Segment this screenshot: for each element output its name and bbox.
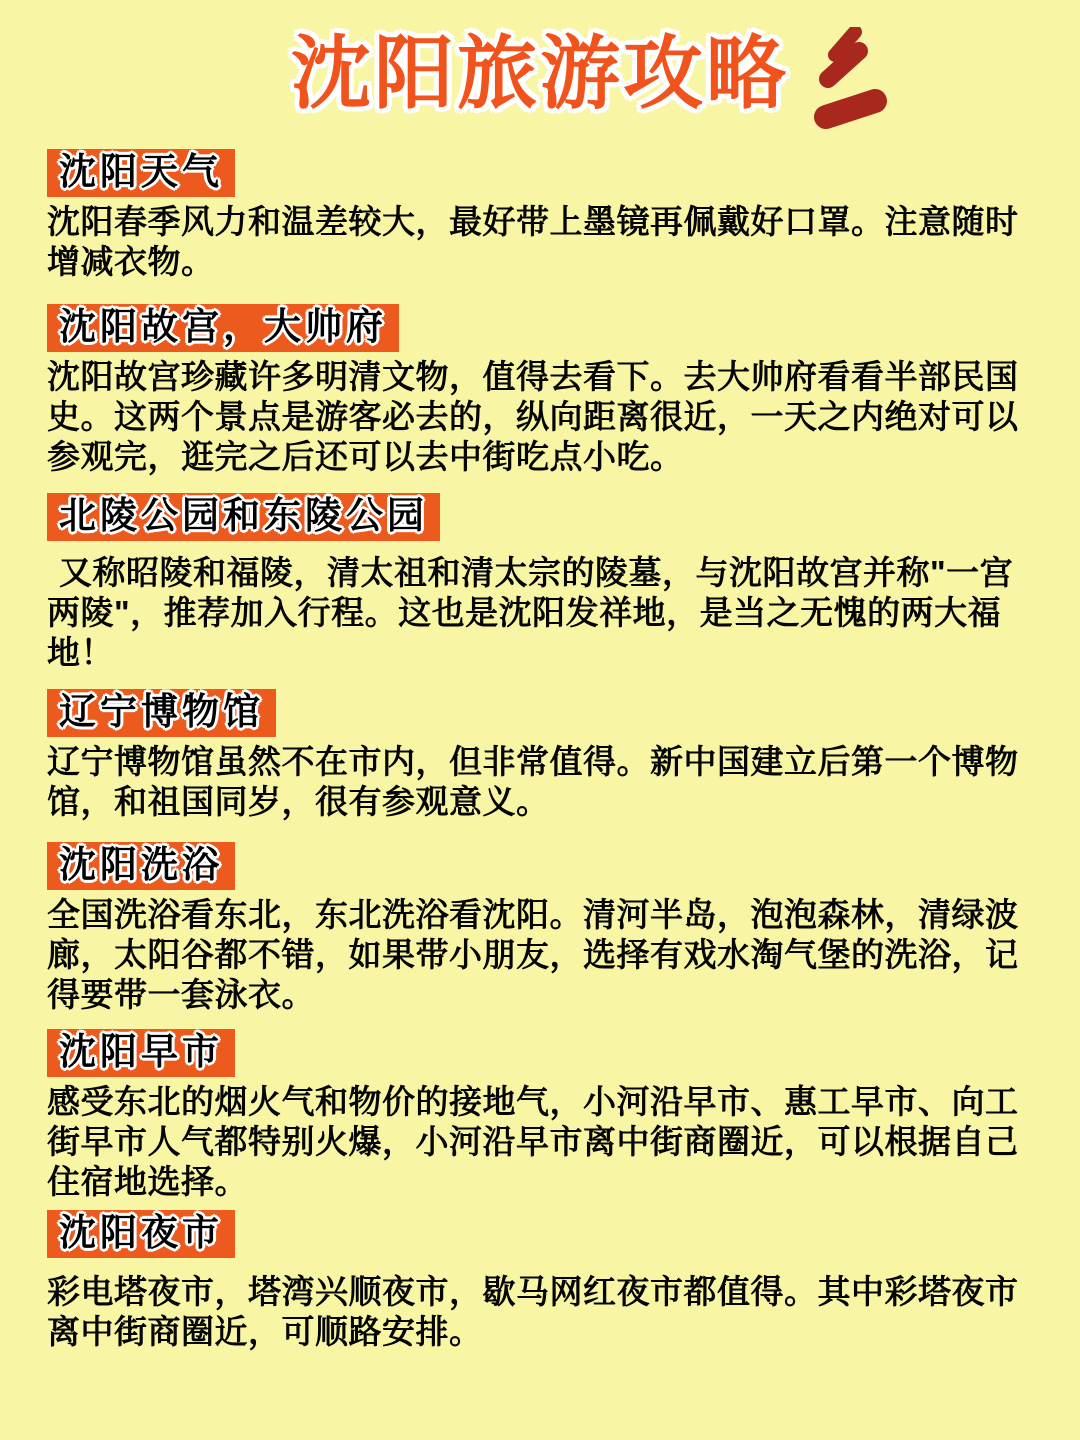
section-night-market: 沈阳夜市 彩电塔夜市，塔湾兴顺夜市，歇马网红夜市都值得。其中彩塔夜市离中街商圈近… xyxy=(0,1210,1080,1352)
section-title-badge: 沈阳夜市 xyxy=(47,1210,235,1258)
section-parks: 北陵公园和东陵公园 又称昭陵和福陵，清太祖和清太宗的陵墓，与沈阳故宫并称"一宫两… xyxy=(0,493,1080,673)
page-title: 沈阳旅游攻略 xyxy=(291,25,789,123)
section-title-badge: 沈阳天气 xyxy=(47,149,235,197)
emphasis-mark-icon xyxy=(797,27,892,145)
section-title-badge: 沈阳早市 xyxy=(47,1029,235,1077)
section-body: 彩电塔夜市，塔湾兴顺夜市，歇马网红夜市都值得。其中彩塔夜市离中街商圈近，可顺路安… xyxy=(47,1272,1035,1352)
section-title-badge: 沈阳故宫，大帅府 xyxy=(47,304,399,352)
section-body: 沈阳故宫珍藏许多明清文物，值得去看下。去大帅府看看半部民国史。这两个景点是游客必… xyxy=(47,357,1035,477)
section-body: 沈阳春季风力和温差较大，最好带上墨镜再佩戴好口罩。注意随时增减衣物。 xyxy=(47,202,1035,282)
section-morning-market: 沈阳早市 感受东北的烟火气和物价的接地气，小河沿早市、惠工早市、向工街早市人气都… xyxy=(0,1029,1080,1202)
section-body: 全国洗浴看东北，东北洗浴看沈阳。清河半岛，泡泡森林，清绿波廊，太阳谷都不错，如果… xyxy=(47,895,1035,1015)
section-palace-mansion: 沈阳故宫，大帅府 沈阳故宫珍藏许多明清文物，值得去看下。去大帅府看看半部民国史。… xyxy=(0,304,1080,477)
title-row: 沈阳旅游攻略 xyxy=(0,25,1080,127)
section-bathhouse: 沈阳洗浴 全国洗浴看东北，东北洗浴看沈阳。清河半岛，泡泡森林，清绿波廊，太阳谷都… xyxy=(0,842,1080,1015)
section-title-badge: 辽宁博物馆 xyxy=(47,689,276,737)
section-body: 感受东北的烟火气和物价的接地气，小河沿早市、惠工早市、向工街早市人气都特别火爆，… xyxy=(47,1082,1035,1202)
section-weather: 沈阳天气 沈阳春季风力和温差较大，最好带上墨镜再佩戴好口罩。注意随时增减衣物。 xyxy=(0,149,1080,282)
section-title-badge: 北陵公园和东陵公园 xyxy=(47,493,440,541)
section-body: 辽宁博物馆虽然不在市内，但非常值得。新中国建立后第一个博物馆，和祖国同岁，很有参… xyxy=(47,742,1035,822)
section-body: 又称昭陵和福陵，清太祖和清太宗的陵墓，与沈阳故宫并称"一宫两陵"，推荐加入行程。… xyxy=(47,553,1035,673)
section-title-badge: 沈阳洗浴 xyxy=(47,842,235,890)
poster: 沈阳旅游攻略 沈阳天气 沈阳春季风力和温差较大，最好带上墨镜再佩戴好口罩。注意随… xyxy=(0,25,1080,1352)
section-museum: 辽宁博物馆 辽宁博物馆虽然不在市内，但非常值得。新中国建立后第一个博物馆，和祖国… xyxy=(0,689,1080,822)
